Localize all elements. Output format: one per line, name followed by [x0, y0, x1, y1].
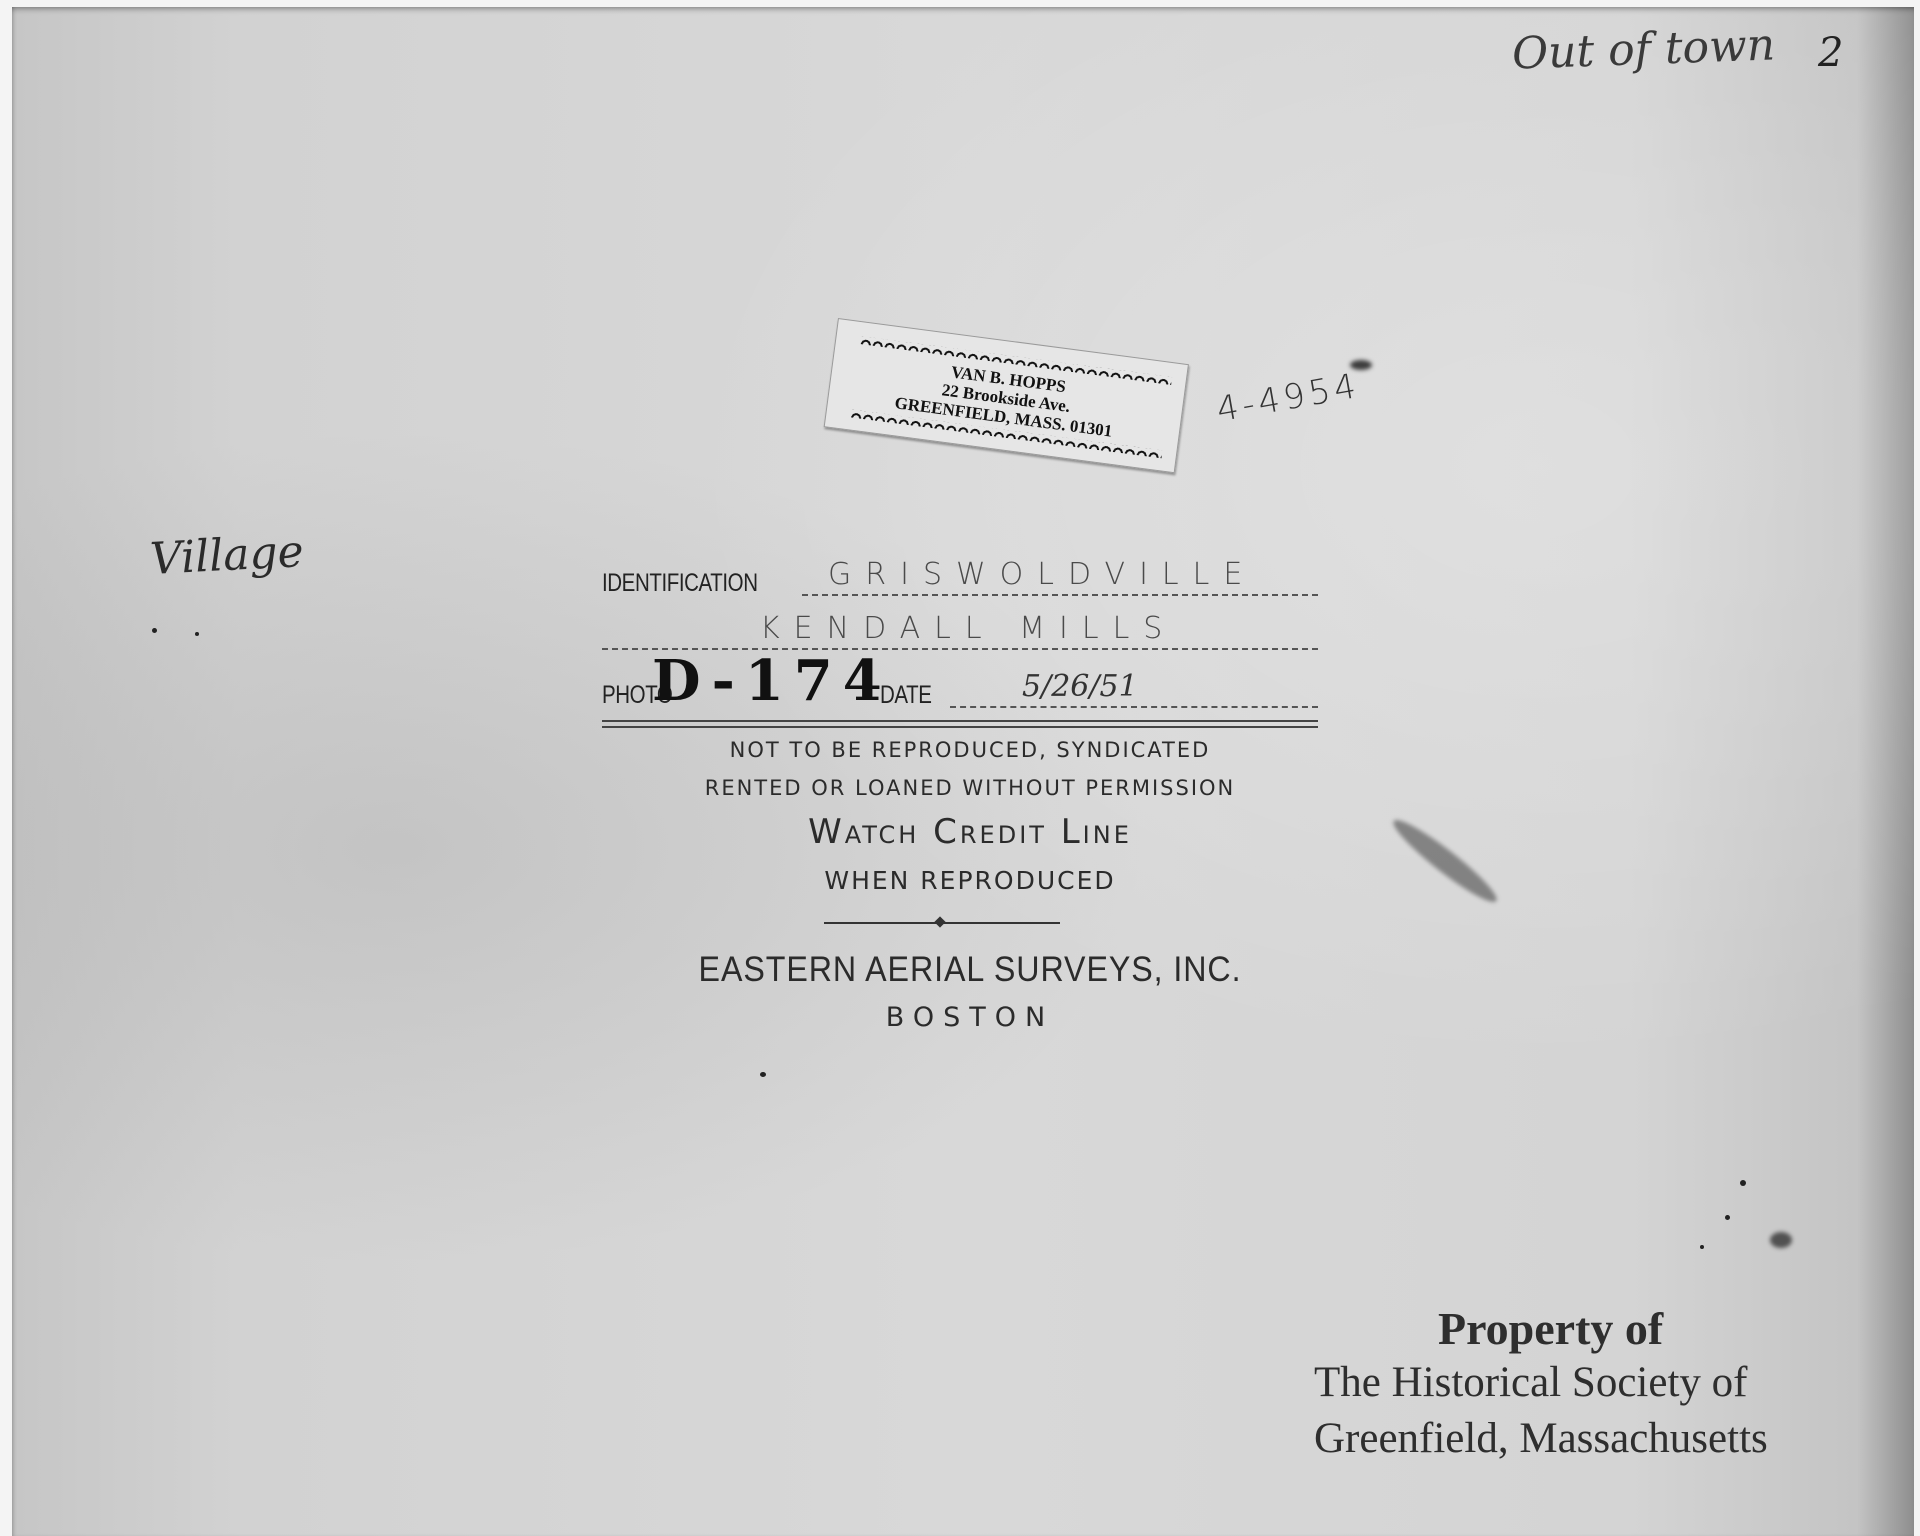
dashed-line: [950, 706, 1318, 708]
notice-watch-credit: Watch Credit Line: [640, 812, 1300, 852]
handwritten-number: 2: [1818, 30, 1843, 76]
handwritten-note-village: Village: [149, 526, 305, 585]
speck-icon: [152, 628, 157, 633]
stain-mark-icon: [1770, 1232, 1792, 1248]
date-label: DATE: [880, 681, 932, 710]
photo-number: D-174: [652, 648, 892, 714]
identification-value-2: KENDALL MILLS: [760, 611, 1176, 646]
speck-icon: [1700, 1245, 1704, 1249]
speck-icon: [760, 1072, 766, 1077]
notice-line-2: RENTED OR LOANED WITHOUT PERMISSION: [640, 776, 1300, 800]
property-stamp-line-1: Property of: [1438, 1302, 1663, 1355]
dashed-line: [802, 594, 1318, 596]
company-name: EASTERN AERIAL SURVEYS, INC.: [666, 950, 1273, 990]
stain-mark-icon: [1350, 360, 1372, 370]
ornament-divider-icon: [824, 922, 1060, 924]
speck-icon: [1725, 1215, 1730, 1220]
identification-label: IDENTIFICATION: [602, 569, 758, 598]
notice-line-4: WHEN REPRODUCED: [640, 866, 1300, 895]
rule-divider: [602, 726, 1318, 728]
handwritten-note-out-of-town: Out of town: [1511, 19, 1776, 79]
rule-divider: [602, 720, 1318, 722]
photo-date-row: PHOTO D-174 DATE 5/26/51: [602, 656, 1318, 714]
identification-row: IDENTIFICATION GRISWOLDVILLE: [602, 548, 1318, 602]
company-city: BOSTON: [640, 1002, 1300, 1033]
notice-line-1: NOT TO BE REPRODUCED, SYNDICATED: [640, 738, 1300, 762]
date-value: 5/26/51: [1022, 669, 1138, 704]
speck-icon: [1740, 1180, 1746, 1186]
property-stamp-line-2: The Historical Society of: [1314, 1358, 1747, 1407]
identification-value-1: GRISWOLDVILLE: [828, 557, 1256, 592]
property-stamp-line-3: Greenfield, Massachusetts: [1314, 1414, 1768, 1463]
speck-icon: [195, 632, 199, 636]
identification-stamp-form: IDENTIFICATION GRISWOLDVILLE KENDALL MIL…: [602, 548, 1318, 714]
